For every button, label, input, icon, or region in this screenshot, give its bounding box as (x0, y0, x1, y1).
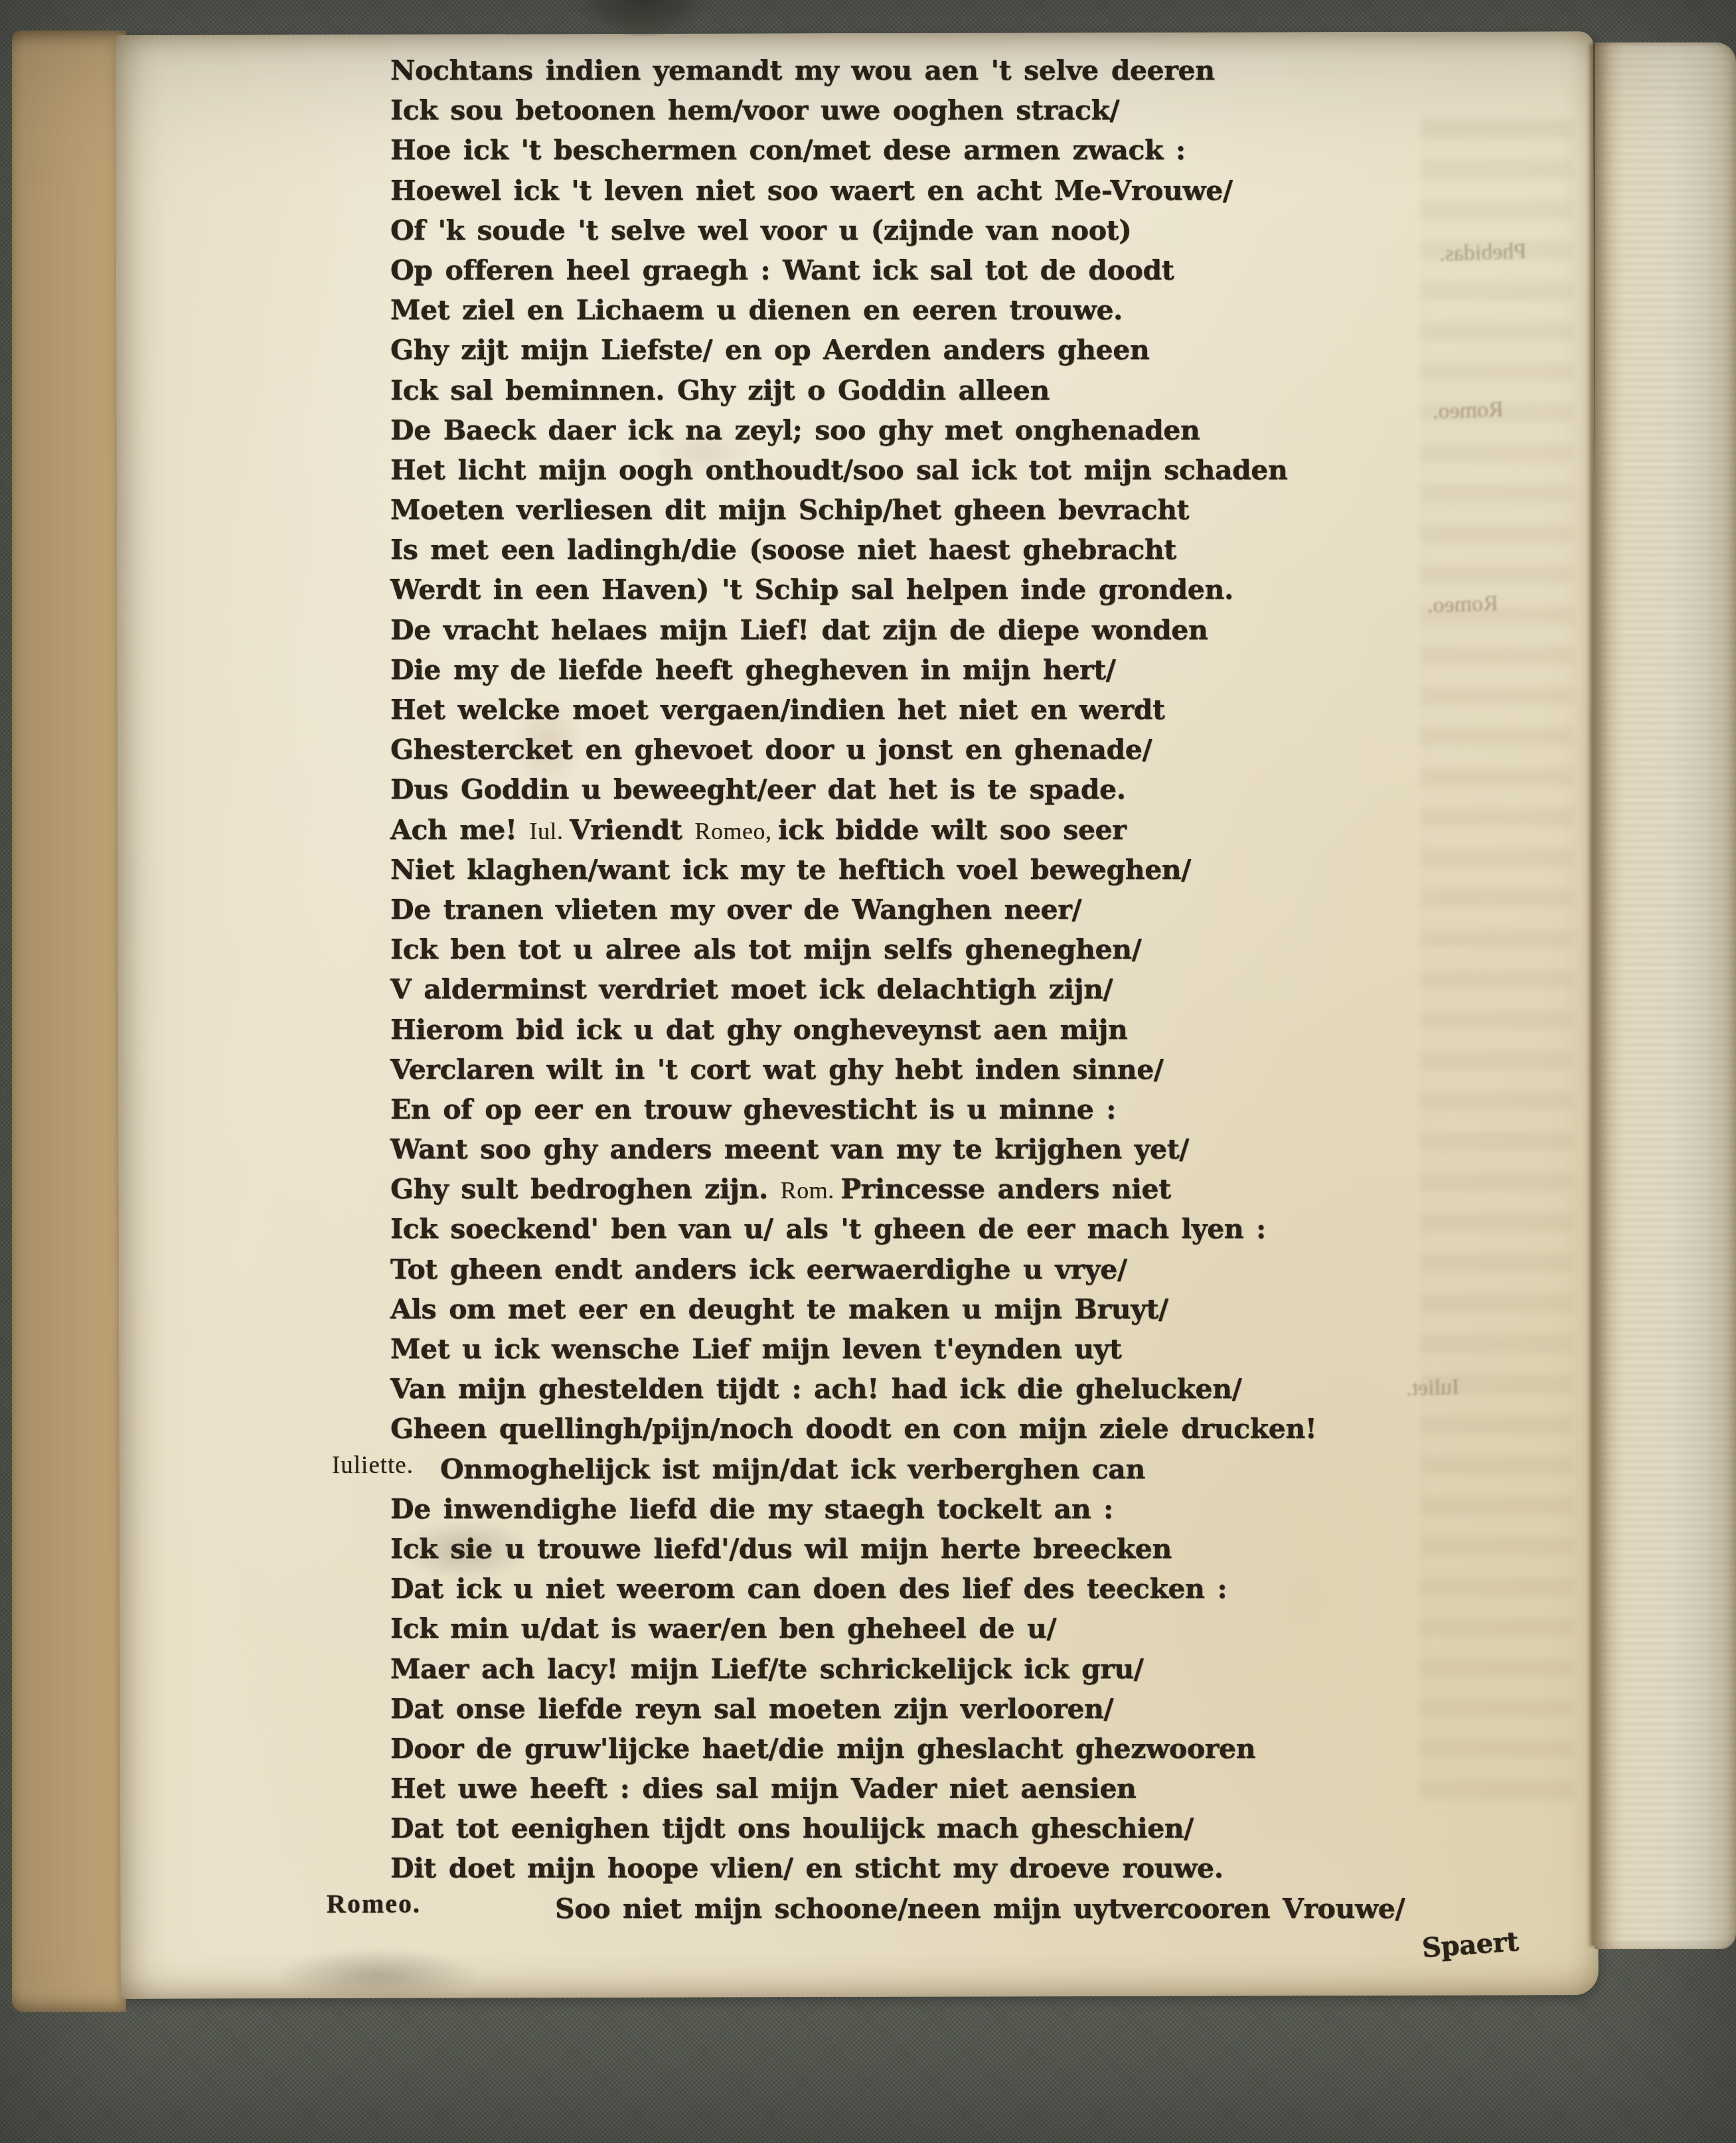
line-segment: Die my de liefde heeft ghegheven in mijn… (390, 654, 1115, 686)
line-segment: Hoe ick 't beschermen con/met dese armen… (390, 134, 1186, 166)
line-segment: Op offeren heel graegh : Want ick sal to… (390, 254, 1174, 286)
text-line: Ghy zijt mijn Liefste/ en op Aerden ande… (390, 330, 1433, 370)
paper-stain (279, 1948, 478, 2002)
text-line: Tot gheen endt anders ick eerwaerdighe u… (390, 1249, 1433, 1289)
text-line: Nochtans indien yemandt my wou aen 't se… (390, 50, 1433, 90)
text-line: Met u ick wensche Lief mijn leven t'eynd… (390, 1329, 1433, 1369)
text-line: Ick soeckend' ben van u/ als 't gheen de… (390, 1209, 1433, 1249)
text-line: Het licht mijn oogh onthoudt/soo sal ick… (390, 450, 1433, 490)
bleedthrough-text: Romeo. (1427, 591, 1498, 619)
text-line: V alderminst verdriet moet ick delachtig… (390, 969, 1433, 1009)
text-line: Werdt in een Haven) 't Schip sal helpen … (390, 570, 1433, 609)
text-line: Hierom bid ick u dat ghy ongheveynst aen… (390, 1010, 1433, 1050)
line-segment: Verclaren wilt in 't cort wat ghy hebt i… (390, 1054, 1163, 1085)
line-segment: Princesse anders niet (840, 1173, 1170, 1205)
line-segment: Of 'k soude 't selve wel voor u (zijnde … (390, 214, 1131, 246)
text-line: De Baeck daer ick na zeyl; soo ghy met o… (390, 410, 1433, 450)
line-segment: Vriendt (570, 814, 695, 846)
text-line: Ghestercket en ghevoet door u jonst en g… (390, 730, 1433, 769)
line-segment: Is met een ladingh/die (soose niet haest… (390, 534, 1176, 566)
line-segment: Gheen quellingh/pijn/noch doodt en con m… (390, 1413, 1316, 1445)
text-line: Hoewel ick 't leven niet soo waert en ac… (390, 171, 1433, 210)
line-segment: Ick sal beminnen. Ghy zijt o Goddin alle… (390, 374, 1050, 406)
line-segment: Met u ick wensche Lief mijn leven t'eynd… (390, 1333, 1122, 1365)
line-segment: Dus Goddin u beweeght/eer dat het is te … (390, 773, 1126, 805)
text-line: Ick ben tot u alree als tot mijn selfs g… (390, 929, 1433, 969)
line-segment: Het uwe heeft : dies sal mijn Vader niet… (390, 1773, 1137, 1804)
line-segment: Hierom bid ick u dat ghy ongheveynst aen… (390, 1014, 1127, 1046)
line-segment: En of op eer en trouw ghevesticht is u m… (390, 1093, 1116, 1125)
text-line: Moeten verliesen dit mijn Schip/het ghee… (390, 490, 1433, 530)
line-segment: Ick min u/dat is waer/en ben gheheel de … (390, 1613, 1056, 1644)
text-line: Ick min u/dat is waer/en ben gheheel de … (390, 1609, 1433, 1648)
margin-speaker-juliette: Iuliette. (332, 1451, 414, 1480)
text-line: Maer ach lacy! mijn Lief/te schrickelijc… (390, 1649, 1433, 1689)
text-line: Gheen quellingh/pijn/noch doodt en con m… (390, 1409, 1433, 1449)
line-segment: Ghestercket en ghevoet door u jonst en g… (390, 734, 1152, 765)
line-segment: Ick sou betoonen hem/voor uwe ooghen str… (390, 94, 1119, 126)
text-line: Dus Goddin u beweeght/eer dat het is te … (390, 769, 1433, 809)
line-segment: De inwendighe liefd die my staegh tockel… (390, 1493, 1113, 1525)
text-line: Ghy sult bedroghen zijn. Rom. Princesse … (390, 1169, 1433, 1209)
text-line: Die my de liefde heeft ghegheven in mijn… (390, 650, 1433, 690)
line-segment: Werdt in een Haven) 't Schip sal helpen … (390, 574, 1233, 605)
line-segment: Het licht mijn oogh onthoudt/soo sal ick… (390, 454, 1287, 486)
line-segment: V alderminst verdriet moet ick delachtig… (390, 973, 1113, 1005)
line-segment: Niet klaghen/want ick my te heftich voel… (390, 854, 1191, 886)
line-segment: Ghy sult bedroghen zijn. (390, 1173, 781, 1205)
text-line: Ick sal beminnen. Ghy zijt o Goddin alle… (390, 370, 1433, 410)
text-line: Dat onse liefde reyn sal moeten zijn ver… (390, 1689, 1433, 1729)
line-segment: Moeten verliesen dit mijn Schip/het ghee… (390, 494, 1189, 526)
line-segment: Rom. (781, 1177, 841, 1204)
text-line: Hoe ick 't beschermen con/met dese armen… (390, 130, 1433, 170)
line-segment: Als om met eer en deught te maken u mijn… (390, 1293, 1168, 1325)
line-segment: Maer ach lacy! mijn Lief/te schrickelijc… (390, 1653, 1143, 1685)
line-segment: Met ziel en Lichaem u dienen en eeren tr… (390, 294, 1123, 326)
text-line: Verclaren wilt in 't cort wat ghy hebt i… (390, 1050, 1433, 1089)
book-page-edges-left (12, 31, 126, 2012)
text-line: Of 'k soude 't selve wel voor u (zijnde … (390, 210, 1433, 250)
text-line: Als om met eer en deught te maken u mijn… (390, 1289, 1433, 1329)
text-line: Met ziel en Lichaem u dienen en eeren tr… (390, 290, 1433, 330)
line-segment: Soo niet mijn schoone/neen mijn uytverco… (555, 1893, 1405, 1925)
text-line: De inwendighe liefd die my staegh tockel… (390, 1489, 1433, 1529)
line-segment: Dit doet mijn hoope vlien/ en sticht my … (390, 1852, 1223, 1884)
text-block: Nochtans indien yemandt my wou aen 't se… (390, 50, 1433, 1929)
text-line: Dit doet mijn hoope vlien/ en sticht my … (390, 1848, 1433, 1888)
line-segment: Dat ick u niet weerom can doen des lief … (390, 1573, 1227, 1605)
line-segment: Hoewel ick 't leven niet soo waert en ac… (390, 175, 1232, 206)
bleedthrough-text: Phebidas. (1439, 239, 1527, 268)
text-line: Door de gruw'lijcke haet/die mijn ghesla… (390, 1729, 1433, 1769)
text-line: Niet klaghen/want ick my te heftich voel… (390, 850, 1433, 890)
line-segment: Door de gruw'lijcke haet/die mijn ghesla… (390, 1733, 1255, 1765)
line-segment: Dat tot eenighen tijdt ons houlijck mach… (390, 1812, 1194, 1844)
line-segment: Van mijn ghestelden tijdt : ach! had ick… (390, 1373, 1241, 1405)
line-segment: Romeo, (694, 818, 778, 844)
line-segment: Ach me! (390, 814, 529, 846)
text-line: En of op eer en trouw ghevesticht is u m… (390, 1089, 1433, 1129)
line-segment: Ick soeckend' ben van u/ als 't gheen de… (390, 1213, 1266, 1245)
margin-speaker-romeo: Romeo. (327, 1888, 421, 1919)
text-line: Van mijn ghestelden tijdt : ach! had ick… (390, 1369, 1433, 1409)
text-line: Ach me! Iul. Vriendt Romeo, ick bidde wi… (390, 810, 1433, 850)
text-line: Ick sie u trouwe liefd'/dus wil mijn her… (390, 1529, 1433, 1569)
bleedthrough-text: Romeo. (1432, 397, 1504, 425)
text-line: Het uwe heeft : dies sal mijn Vader niet… (390, 1769, 1433, 1808)
text-line: Ick sou betoonen hem/voor uwe ooghen str… (390, 90, 1433, 130)
line-segment: Ick sie u trouwe liefd'/dus wil mijn her… (390, 1533, 1172, 1565)
line-segment: Onmoghelijck ist mijn/dat ick verberghen… (440, 1453, 1145, 1485)
text-line: De vracht helaes mijn Lief! dat zijn de … (390, 610, 1433, 650)
line-segment: Ick ben tot u alree als tot mijn selfs g… (390, 933, 1141, 965)
text-line: Is met een ladingh/die (soose niet haest… (390, 530, 1433, 570)
line-segment: Ghy zijt mijn Liefste/ en op Aerden ande… (390, 334, 1149, 366)
text-line: Onmoghelijck ist mijn/dat ick verberghen… (390, 1449, 1433, 1489)
text-line: Dat tot eenighen tijdt ons houlijck mach… (390, 1808, 1433, 1848)
page-top-dark-notch (579, 0, 705, 36)
text-line: Soo niet mijn schoone/neen mijn uytverco… (390, 1889, 1433, 1929)
line-segment: Dat onse liefde reyn sal moeten zijn ver… (390, 1693, 1113, 1725)
ink-showthrough-column (1421, 119, 1573, 1806)
line-segment: Nochtans indien yemandt my wou aen 't se… (390, 54, 1215, 86)
line-segment: De tranen vlieten my over de Wanghen nee… (390, 894, 1081, 925)
line-segment: De vracht helaes mijn Lief! dat zijn de … (390, 614, 1208, 646)
line-segment: Tot gheen endt anders ick eerwaerdighe u… (390, 1253, 1127, 1285)
text-line: De tranen vlieten my over de Wanghen nee… (390, 890, 1433, 929)
line-segment: De Baeck daer ick na zeyl; soo ghy met o… (390, 414, 1200, 446)
text-line: Op offeren heel graegh : Want ick sal to… (390, 250, 1433, 290)
line-segment: Het welcke moet vergaen/indien het niet … (390, 694, 1165, 726)
next-page-fore-edge (1595, 42, 1736, 1949)
line-segment: Iul. (529, 818, 570, 844)
text-line: Het welcke moet vergaen/indien het niet … (390, 690, 1433, 730)
line-segment: Want soo ghy anders meent van my te krij… (390, 1133, 1189, 1165)
text-line: Want soo ghy anders meent van my te krij… (390, 1129, 1433, 1169)
line-segment: ick bidde wilt soo seer (778, 814, 1127, 846)
text-line: Dat ick u niet weerom can doen des lief … (390, 1569, 1433, 1609)
